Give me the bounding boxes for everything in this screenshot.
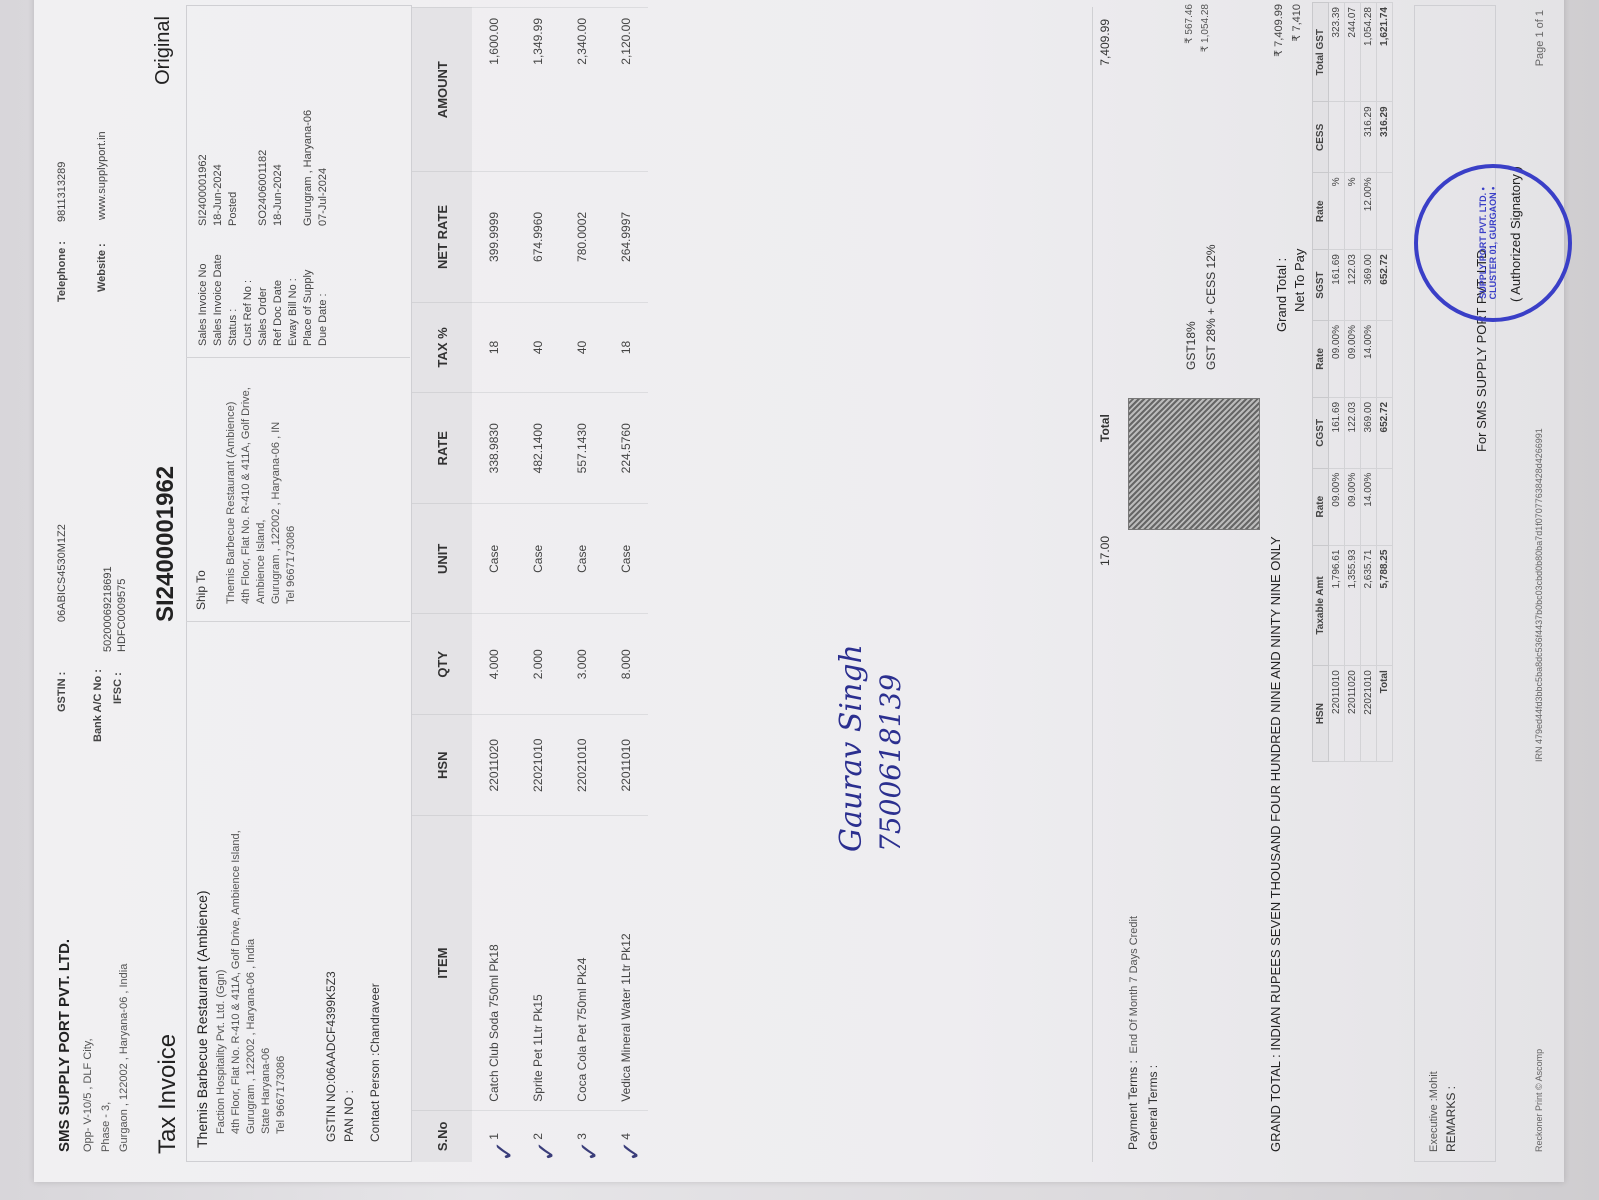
- tax-column-header: CGST: [1313, 397, 1329, 468]
- checkmark-icon: ✓: [531, 1140, 562, 1162]
- website-label: Website :: [96, 243, 108, 292]
- table-cell: 557.1430: [560, 393, 604, 504]
- tax-cell: [1329, 102, 1345, 173]
- seller-website: www.supplyport.in: [96, 131, 108, 220]
- tax-column-header: Rate: [1313, 468, 1329, 545]
- seller-ifsc: HDFC0009575: [116, 579, 128, 652]
- table-cell: Vedica Mineral Water 1Ltr Pk12: [604, 816, 648, 1110]
- table-cell: 40: [516, 302, 560, 393]
- invoice-meta: Sales Invoice NoSI2400001962Sales Invoic…: [196, 110, 331, 346]
- bill-to-gstin: GSTIN NO:06AADCF4399K5Z3: [324, 971, 339, 1142]
- tax-cell: 161.69: [1329, 250, 1345, 321]
- tax-cell: 161.69: [1329, 397, 1345, 468]
- tax-row: 220210102,635.7114.00%369.0014.00%369.00…: [1361, 3, 1377, 762]
- column-header: UNIT: [412, 504, 472, 614]
- tax-cell: %: [1345, 173, 1361, 250]
- company-stamp: SUPPLY PORT PVT. LTD. • CLUSTER 01, GURG…: [1414, 164, 1572, 322]
- meta-row: Place of SupplyGurugram , Haryana-06: [301, 110, 316, 346]
- tax-cell: 5,788.25: [1377, 545, 1393, 666]
- tax-breakup-table: HSNTaxable AmtRateCGSTRateSGSTRateCESSTo…: [1312, 2, 1393, 762]
- grand-total-words: GRAND TOTAL : INDIAN RUPEES SEVEN THOUSA…: [1268, 352, 1284, 1152]
- general-terms: General Terms :: [1146, 1065, 1160, 1150]
- table-cell: Case: [472, 504, 516, 614]
- tax-cell: [1377, 468, 1393, 545]
- table-cell: 224.5760: [604, 393, 648, 504]
- tax-cell: 22011020: [1345, 666, 1361, 762]
- invoice-number: SI2400001962: [152, 466, 180, 622]
- column-header: TAX %: [412, 302, 472, 393]
- column-header: ITEM: [412, 816, 472, 1110]
- tax-cell: [1345, 102, 1361, 173]
- tax-cell: 244.07: [1345, 3, 1361, 102]
- tax-cell: 122.03: [1345, 397, 1361, 468]
- tax-column-header: Total GST: [1313, 3, 1329, 102]
- gst-summary-value-2: ₹ 1,054.28: [1200, 4, 1211, 52]
- column-header: AMOUNT: [412, 8, 472, 172]
- bank-label: Bank A/C No :: [92, 669, 104, 742]
- tax-column-header: Rate: [1313, 173, 1329, 250]
- table-cell: 780.0002: [560, 172, 604, 302]
- gstin-label: GSTIN :: [56, 672, 68, 712]
- tax-cell: 22021010: [1361, 666, 1377, 762]
- table-cell: Case: [560, 504, 604, 614]
- bill-to-contact: Contact Person :Chandraveer: [368, 983, 383, 1142]
- meta-row: Status :Posted: [226, 110, 241, 346]
- grand-total-value: ₹ 7,409.99: [1272, 4, 1285, 57]
- irn: IRN 479ed44fd3bbc5ba8dc536f4437b0bc03cbd…: [1534, 428, 1544, 762]
- table-cell: 338.9830: [472, 393, 516, 504]
- table-cell: 399.9999: [472, 172, 516, 302]
- meta-row: Sales Invoice NoSI2400001962: [196, 110, 211, 346]
- table-cell: 22021010: [516, 715, 560, 816]
- table-cell: 22011010: [604, 715, 648, 816]
- tax-cell: 09.00%: [1345, 468, 1361, 545]
- table-row: 1Catch Club Soda 750ml Pk18220110204.000…: [472, 8, 516, 1163]
- seller-bank: 50200069218691: [102, 566, 114, 652]
- table-cell: 22021010: [560, 715, 604, 816]
- tax-cell: 1,796.61: [1329, 545, 1345, 666]
- table-cell: 482.1400: [516, 393, 560, 504]
- checkmark-icon: ✓: [489, 1140, 520, 1162]
- meta-row: Cust Ref No :: [241, 110, 256, 346]
- qr-code: [1128, 398, 1260, 530]
- meta-row: Sales Invoice Date18-Jun-2024: [211, 110, 226, 346]
- tax-cell: 09.00%: [1345, 321, 1361, 398]
- table-cell: Catch Club Soda 750ml Pk18: [472, 816, 516, 1110]
- seller-gstin: 06ABICS4530M1Z2: [56, 524, 68, 622]
- tax-cell: [1377, 321, 1393, 398]
- bill-to-name: Themis Barbecue Restaurant (Ambience): [194, 890, 210, 1148]
- table-cell: 3.000: [560, 614, 604, 715]
- column-header: QTY: [412, 614, 472, 715]
- tax-cell: 316.29: [1361, 102, 1377, 173]
- gst-summary-label-1: GST18%: [1184, 321, 1198, 370]
- table-row: 2Sprite Pet 1Ltr Pk15220210102.000Case48…: [516, 8, 560, 1163]
- table-row: 3Coca Cola Pet 750ml Pk24220210103.000Ca…: [560, 8, 604, 1163]
- tax-column-header: Rate: [1313, 321, 1329, 398]
- gst-summary-value-1: ₹ 567.46: [1184, 4, 1195, 44]
- tax-column-header: HSN: [1313, 666, 1329, 762]
- ship-to-address: Themis Barbecue Restaurant (Ambience) 4t…: [224, 387, 299, 604]
- tax-cell: 12.00%: [1361, 173, 1377, 250]
- column-header: S.No: [412, 1110, 472, 1162]
- seller-address-1: Opp- V-10/5 , DLF City,: [82, 1038, 94, 1152]
- tax-cell: 1,621.74: [1377, 3, 1393, 102]
- table-cell: Sprite Pet 1Ltr Pk15: [516, 816, 560, 1110]
- tax-cell: 1,054.28: [1361, 3, 1377, 102]
- table-cell: 1,349.99: [516, 8, 560, 172]
- grand-total-label: Grand Total :: [1274, 258, 1289, 332]
- items-table: S.NoITEMHSNQTYUNITRATETAX %NET RATEAMOUN…: [412, 7, 648, 1162]
- ship-to-label: Ship To: [194, 570, 209, 610]
- tax-cell: 2,635.71: [1361, 545, 1377, 666]
- table-cell: Coca Cola Pet 750ml Pk24: [560, 816, 604, 1110]
- tax-cell: 652.72: [1377, 397, 1393, 468]
- meta-row: Ref Doc Date18-Jun-2024: [271, 110, 286, 346]
- telephone-label: Telephone :: [56, 241, 68, 302]
- table-cell: 1,600.00: [472, 8, 516, 172]
- table-cell: 2.000: [516, 614, 560, 715]
- bill-to-address: Faction Hospitality Pvt. Ltd. (Ggn) 4th …: [214, 830, 289, 1134]
- tax-cell: 323.39: [1329, 3, 1345, 102]
- net-to-pay-value: ₹ 7,410: [1290, 4, 1303, 42]
- table-cell: Case: [516, 504, 560, 614]
- items-empty-area: [702, 7, 1093, 1162]
- meta-row: Sales OrderSO2406001182: [256, 110, 271, 346]
- total-label: Total: [1098, 414, 1112, 442]
- table-cell: 674.9960: [516, 172, 560, 302]
- column-header: HSN: [412, 715, 472, 816]
- tax-cell: %: [1329, 173, 1345, 250]
- net-to-pay-label: Net To Pay: [1292, 249, 1307, 312]
- table-cell: 18: [604, 302, 648, 393]
- payment-terms: Payment Terms : End Of Month 7 Days Cred…: [1126, 916, 1140, 1150]
- table-cell: 4.000: [472, 614, 516, 715]
- table-cell: Case: [604, 504, 648, 614]
- ifsc-label: IFSC :: [112, 672, 124, 704]
- tax-row: 220110201,355.9309.00%122.0309.00%122.03…: [1345, 3, 1361, 762]
- checkmark-icon: ✓: [574, 1140, 605, 1162]
- handwritten-phone: 7500618139: [874, 674, 907, 852]
- table-cell: 22011020: [472, 715, 516, 816]
- tax-cell: [1377, 173, 1393, 250]
- table-cell: 2,120.00: [604, 8, 648, 172]
- seller-address-2: Phase - 3,: [100, 1102, 112, 1152]
- seller-telephone: 9811313289: [56, 162, 68, 222]
- tax-column-header: SGST: [1313, 250, 1329, 321]
- table-row: 4Vedica Mineral Water 1Ltr Pk12220110108…: [604, 8, 648, 1163]
- gst-summary-label-2: GST 28% + CESS 12%: [1204, 244, 1218, 370]
- tax-cell: 22011010: [1329, 666, 1345, 762]
- tax-column-header: CESS: [1313, 102, 1329, 173]
- tax-cell: 316.29: [1377, 102, 1393, 173]
- meta-row: Due Date :07-Jul-2024: [316, 110, 331, 346]
- table-cell: 40: [560, 302, 604, 393]
- tax-cell: 652.72: [1377, 250, 1393, 321]
- divider: [186, 357, 410, 358]
- invoice-page: SMS SUPPLY PORT PVT. LTD. Opp- V-10/5 , …: [34, 0, 1564, 1182]
- document-title: Tax Invoice: [154, 1034, 182, 1154]
- divider: [186, 621, 410, 622]
- meta-row: Eway Bill No :: [286, 110, 301, 346]
- bill-to-pan: PAN NO :: [342, 1090, 357, 1142]
- column-header: RATE: [412, 393, 472, 504]
- total-amount: 7,409.99: [1098, 19, 1112, 66]
- checkmark-icon: ✓: [616, 1140, 647, 1162]
- table-cell: 18: [472, 302, 516, 393]
- items-total-row: Total 17.00 7,409.99: [1094, 7, 1120, 1162]
- table-cell: 2,340.00: [560, 8, 604, 172]
- total-qty: 17.00: [1098, 536, 1112, 566]
- copy-label: Original: [152, 16, 175, 85]
- column-header: NET RATE: [412, 172, 472, 302]
- tax-cell: 369.00: [1361, 250, 1377, 321]
- tax-cell: 09.00%: [1329, 321, 1345, 398]
- tax-cell: 369.00: [1361, 397, 1377, 468]
- seller-name: SMS SUPPLY PORT PVT. LTD.: [56, 939, 73, 1152]
- tax-cell: 1,355.93: [1345, 545, 1361, 666]
- tax-cell: 14.00%: [1361, 321, 1377, 398]
- tax-total-row: Total5,788.25652.72652.72316.291,621.74: [1377, 3, 1393, 762]
- table-cell: 8.000: [604, 614, 648, 715]
- seller-address-3: Gurgaon , 122002 , Haryana-06 , India: [118, 964, 130, 1152]
- tax-cell: 09.00%: [1329, 468, 1345, 545]
- tax-cell: 122.03: [1345, 250, 1361, 321]
- page-label: Page 1 of 1: [1534, 10, 1546, 66]
- tax-column-header: Taxable Amt: [1313, 545, 1329, 666]
- table-cell: 264.9997: [604, 172, 648, 302]
- tax-cell: Total: [1377, 666, 1393, 762]
- printed-by: Reckoner Print © Ascomp: [1534, 1049, 1544, 1152]
- tax-row: 220110101,796.6109.00%161.6909.00%161.69…: [1329, 3, 1345, 762]
- handwritten-name: Gaurav Singh: [834, 644, 869, 852]
- tax-cell: 14.00%: [1361, 468, 1377, 545]
